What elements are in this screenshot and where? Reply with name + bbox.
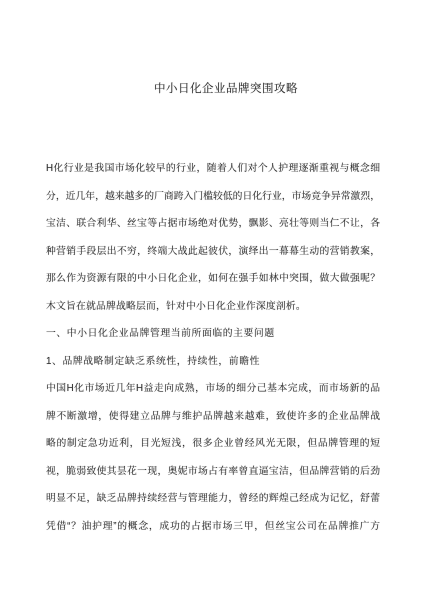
text-line: 种营销手段层出不穷，终端大战此起彼伏，演绎出一幕幕生动的营销教案， bbox=[46, 238, 380, 266]
text-line: 那么作为资源有限的中小日化企业，如何在强手如林中突围，做大做强呢？ bbox=[46, 265, 380, 293]
text-line: 中国H化市场近几年H益走向成熟，市场的细分己基本完成，而市场新的品 bbox=[46, 375, 380, 403]
text-line: 明显不足，缺乏品牌持续经营与管理能力，曾经的辉煌己经成为记忆，舒蕾 bbox=[46, 485, 380, 513]
document-page: 中小日化企业品牌突围攻略 H化行业是我国市场化较早的行业，随着人们对个人护理逐渐… bbox=[0, 0, 424, 600]
section-heading: 一、中小日化企业品牌管理当前所面临的主要问题 bbox=[46, 320, 380, 348]
text-line: 分，近几年，越来越多的厂商跨入门槛较低的日化行业，市场竞争异常激烈， bbox=[46, 183, 380, 211]
text-line: 木文旨在就品牌战略层而，针对中小日化企业作深度剖析。 bbox=[46, 293, 380, 321]
document-title: 中小日化企业品牌突围攻略 bbox=[46, 81, 380, 98]
document-body: 中小日化企业品牌突围攻略 H化行业是我国市场化较早的行业，随着人们对个人护理逐渐… bbox=[46, 0, 380, 540]
text-line: 牌不断激增，使得建立品牌与维护品牌越来越难，致使许多的企业品牌战 bbox=[46, 403, 380, 431]
text-line: 凭借“？油护理”的概念，成功的占据市场三甲，但丝宝公司在品牌推广方 bbox=[46, 513, 380, 541]
text-lines: H化行业是我国市场化较早的行业，随着人们对个人护理逐渐重视与概念细分，近几年，越… bbox=[46, 155, 380, 540]
text-line: 宝洁、联合利华、丝宝等占据市场绝对优势，飘影、亮壮等则当仁不让，各 bbox=[46, 210, 380, 238]
text-line: 略的制定急功近利，目光短浅，很多企业曾经风光无限，但品牌管理的短 bbox=[46, 430, 380, 458]
text-line: H化行业是我国市场化较早的行业，随着人们对个人护理逐渐重视与概念细 bbox=[46, 155, 380, 183]
section-heading: 1、品牌战略制定缺乏系统性，持续性，前瞻性 bbox=[46, 348, 380, 376]
text-line: 视，脆弱致使其昙花一现，奥妮市场占有率曾直逼宝洁，但品牌营销的后劲 bbox=[46, 458, 380, 486]
